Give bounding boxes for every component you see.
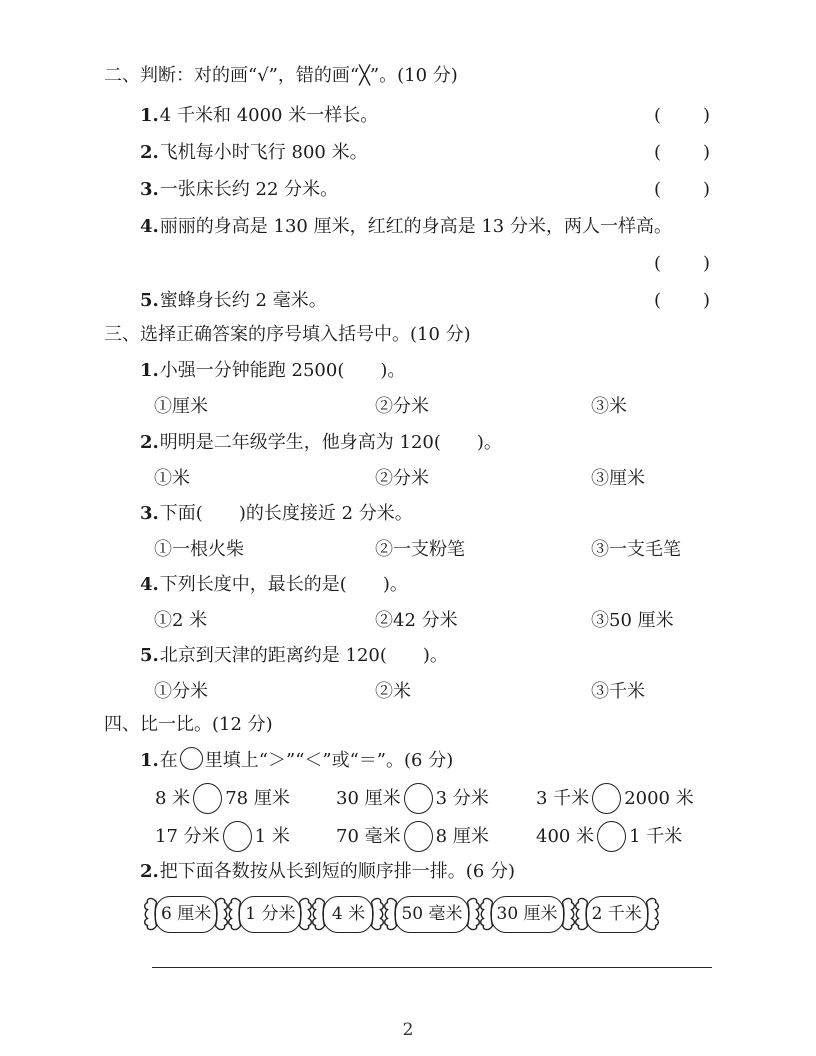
- tf-item: 2.飞机每小时飞行 800 米。 ( ): [104, 141, 712, 165]
- compare-right: 1 米: [255, 825, 290, 849]
- compare-pair: 3 千米2000 米: [536, 783, 712, 814]
- compare-circle-blank[interactable]: [597, 821, 626, 852]
- mc-question-text: 小强一分钟能跑 2500( )。: [160, 360, 406, 381]
- mc-question: 1.小强一分钟能跑 2500( )。: [104, 359, 712, 383]
- compare-left: 8 米: [155, 787, 190, 811]
- item-number: 3.: [140, 503, 159, 524]
- tf-item: 5.蜜蜂身长约 2 毫米。 ( ): [104, 289, 712, 313]
- item-number: 4.: [140, 216, 159, 237]
- candy-label: 6 厘米: [155, 896, 217, 933]
- answer-bracket[interactable]: ( ): [654, 289, 712, 313]
- candy-wrapper-right-icon: [371, 897, 384, 931]
- compare-right: 78 厘米: [225, 787, 290, 811]
- tf-item-statement: 蜜蜂身长约 2 毫米。: [160, 290, 327, 311]
- candy-wrapper-left-icon: [575, 897, 588, 931]
- compare-row: 8 米78 厘米 30 厘米3 分米 3 千米2000 米: [104, 783, 712, 814]
- tf-item-statement: 4 千米和 4000 米一样长。: [160, 105, 378, 126]
- mc-options: ①分米 ②米 ③千米: [104, 680, 712, 704]
- candy-label: 1 分米: [239, 896, 301, 933]
- compare-pair: 70 毫米8 厘米: [336, 821, 536, 852]
- answer-bracket[interactable]: ( ): [654, 141, 712, 165]
- compare-pair: 17 分米1 米: [155, 821, 336, 852]
- compare-left: 400 米: [536, 825, 594, 849]
- candy-item: 30 厘米: [482, 896, 573, 933]
- compare-right: 3 分米: [436, 787, 489, 811]
- compare-sub2-text: 把下面各数按从长到短的顺序排一排。(6 分): [160, 861, 515, 882]
- tf-item-statement: 飞机每小时飞行 800 米。: [160, 142, 368, 163]
- section-choice-heading: 三、选择正确答案的序号填入括号中。(10 分): [104, 323, 712, 347]
- compare-circle-blank[interactable]: [592, 783, 621, 814]
- mc-question-text: 明明是二年级学生，他身高为 120( )。: [160, 432, 502, 453]
- candy-item: 6 厘米: [146, 896, 226, 933]
- compare-circle-blank[interactable]: [193, 783, 222, 814]
- candy-item: 2 千米: [577, 896, 657, 933]
- item-number: 2.: [140, 861, 159, 882]
- mc-option[interactable]: ③一支毛笔: [591, 538, 712, 562]
- worksheet-page: 二、判断：对的画“√”，错的画“╳”。(10 分) 1.4 千米和 4000 米…: [0, 0, 816, 1056]
- candy-wrapper-right-icon: [299, 897, 312, 931]
- candy-wrapper-right-icon: [467, 897, 480, 931]
- compare-right: 8 厘米: [436, 825, 489, 849]
- item-number: 2.: [140, 432, 159, 453]
- item-number: 1.: [140, 105, 159, 126]
- compare-sub1-post: 里填上“＞”“＜”或“＝”。(6 分): [205, 750, 453, 771]
- compare-left: 30 厘米: [336, 787, 401, 811]
- item-number: 1.: [140, 360, 159, 381]
- section-compare-heading: 四、比一比。(12 分): [104, 713, 712, 737]
- item-number: 1.: [140, 750, 159, 771]
- candy-wrapper-right-icon: [646, 897, 659, 931]
- mc-option[interactable]: ①分米: [154, 680, 375, 704]
- answer-bracket[interactable]: ( ): [654, 178, 712, 202]
- compare-pair: 30 厘米3 分米: [336, 783, 536, 814]
- mc-option[interactable]: ①厘米: [154, 395, 375, 419]
- compare-circle-blank[interactable]: [404, 821, 433, 852]
- candy-wrapper-left-icon: [480, 897, 493, 931]
- mc-option[interactable]: ③50 厘米: [591, 609, 712, 633]
- compare-pair: 8 米78 厘米: [155, 783, 336, 814]
- answer-write-line[interactable]: [152, 967, 712, 968]
- candy-wrapper-left-icon: [228, 897, 241, 931]
- mc-option[interactable]: ②分米: [375, 467, 591, 491]
- mc-options: ①2 米 ②42 分米 ③50 厘米: [104, 609, 712, 633]
- section-compare: 四、比一比。(12 分) 1.在里填上“＞”“＜”或“＝”。(6 分) 8 米7…: [104, 713, 712, 968]
- item-number: 3.: [140, 179, 159, 200]
- section-judge-heading: 二、判断：对的画“√”，错的画“╳”。(10 分): [104, 64, 712, 88]
- item-number: 5.: [140, 645, 159, 666]
- candy-item: 1 分米: [230, 896, 310, 933]
- candy-row: 6 厘米 1 分米 4 米 50 毫米 30 厘米: [104, 892, 712, 936]
- section-choice: 三、选择正确答案的序号填入括号中。(10 分) 1.小强一分钟能跑 2500( …: [104, 323, 712, 704]
- mc-options: ①厘米 ②分米 ③米: [104, 395, 712, 419]
- compare-left: 70 毫米: [336, 825, 401, 849]
- mc-option[interactable]: ②分米: [375, 395, 591, 419]
- tf-item-text: 1.4 千米和 4000 米一样长。: [140, 104, 378, 128]
- compare-right: 1 千米: [629, 825, 682, 849]
- tf-item: 4.丽丽的身高是 130 厘米，红红的身高是 13 分米，两人一样高。: [104, 215, 712, 239]
- mc-options: ①米 ②分米 ③厘米: [104, 467, 712, 491]
- circle-blank-icon: [180, 747, 203, 770]
- candy-wrapper-left-icon: [384, 897, 397, 931]
- mc-option[interactable]: ①2 米: [154, 609, 375, 633]
- compare-circle-blank[interactable]: [223, 821, 252, 852]
- candy-item: 50 毫米: [386, 896, 477, 933]
- compare-row: 17 分米1 米 70 毫米8 厘米 400 米1 千米: [104, 821, 712, 852]
- answer-bracket[interactable]: ( ): [654, 104, 712, 128]
- compare-circle-blank[interactable]: [404, 783, 433, 814]
- candy-label: 50 毫米: [395, 896, 468, 933]
- tf-item-text: 5.蜜蜂身长约 2 毫米。: [140, 289, 327, 313]
- item-number: 5.: [140, 290, 159, 311]
- mc-question-text: 下面( )的长度接近 2 分米。: [160, 503, 413, 524]
- tf-item-bracket-line: ( ): [104, 252, 712, 276]
- mc-question: 4.下列长度中，最长的是( )。: [104, 573, 712, 597]
- candy-wrapper-left-icon: [312, 897, 325, 931]
- mc-question: 2.明明是二年级学生，他身高为 120( )。: [104, 431, 712, 455]
- mc-question-text: 北京到天津的距离约是 120( )。: [160, 645, 448, 666]
- tf-item-text: 3.一张床长约 22 分米。: [140, 178, 338, 202]
- compare-left: 3 千米: [536, 787, 589, 811]
- mc-question: 5.北京到天津的距离约是 120( )。: [104, 644, 712, 668]
- mc-option[interactable]: ③厘米: [591, 467, 712, 491]
- mc-options: ①一根火柴 ②一支粉笔 ③一支毛笔: [104, 538, 712, 562]
- candy-item: 4 米: [314, 896, 382, 933]
- compare-sub1-pre: 在: [160, 750, 178, 771]
- mc-option[interactable]: ①米: [154, 467, 375, 491]
- section-judge: 二、判断：对的画“√”，错的画“╳”。(10 分) 1.4 千米和 4000 米…: [104, 64, 712, 313]
- mc-question: 3.下面( )的长度接近 2 分米。: [104, 502, 712, 526]
- compare-left: 17 分米: [155, 825, 220, 849]
- tf-item-statement: 丽丽的身高是 130 厘米，红红的身高是 13 分米，两人一样高。: [160, 216, 672, 237]
- item-number: 2.: [140, 142, 159, 163]
- mc-option[interactable]: ②一支粉笔: [375, 538, 591, 562]
- candy-wrapper-left-icon: [144, 897, 157, 931]
- candy-wrapper-right-icon: [562, 897, 575, 931]
- item-number: 4.: [140, 574, 159, 595]
- compare-pair: 400 米1 千米: [536, 821, 712, 852]
- candy-label: 2 千米: [586, 896, 648, 933]
- compare-sub1-label: 1.在里填上“＞”“＜”或“＝”。(6 分): [104, 747, 712, 773]
- candy-label: 30 厘米: [491, 896, 564, 933]
- candy-wrapper-right-icon: [215, 897, 228, 931]
- compare-sub2-label: 2.把下面各数按从长到短的顺序排一排。(6 分): [104, 860, 712, 884]
- tf-item-text: 4.丽丽的身高是 130 厘米，红红的身高是 13 分米，两人一样高。: [140, 215, 672, 239]
- mc-option[interactable]: ③千米: [591, 680, 712, 704]
- page-number: 2: [0, 1018, 816, 1042]
- answer-bracket[interactable]: ( ): [654, 252, 712, 276]
- tf-item: 1.4 千米和 4000 米一样长。 ( ): [104, 104, 712, 128]
- mc-option[interactable]: ②米: [375, 680, 591, 704]
- tf-item-text: 2.飞机每小时飞行 800 米。: [140, 141, 368, 165]
- compare-right: 2000 米: [624, 787, 694, 811]
- candy-label: 4 米: [323, 896, 373, 933]
- mc-option[interactable]: ②42 分米: [375, 609, 591, 633]
- tf-item: 3.一张床长约 22 分米。 ( ): [104, 178, 712, 202]
- mc-option[interactable]: ③米: [591, 395, 712, 419]
- mc-option[interactable]: ①一根火柴: [154, 538, 375, 562]
- mc-question-text: 下列长度中，最长的是( )。: [160, 574, 408, 595]
- tf-item-statement: 一张床长约 22 分米。: [160, 179, 338, 200]
